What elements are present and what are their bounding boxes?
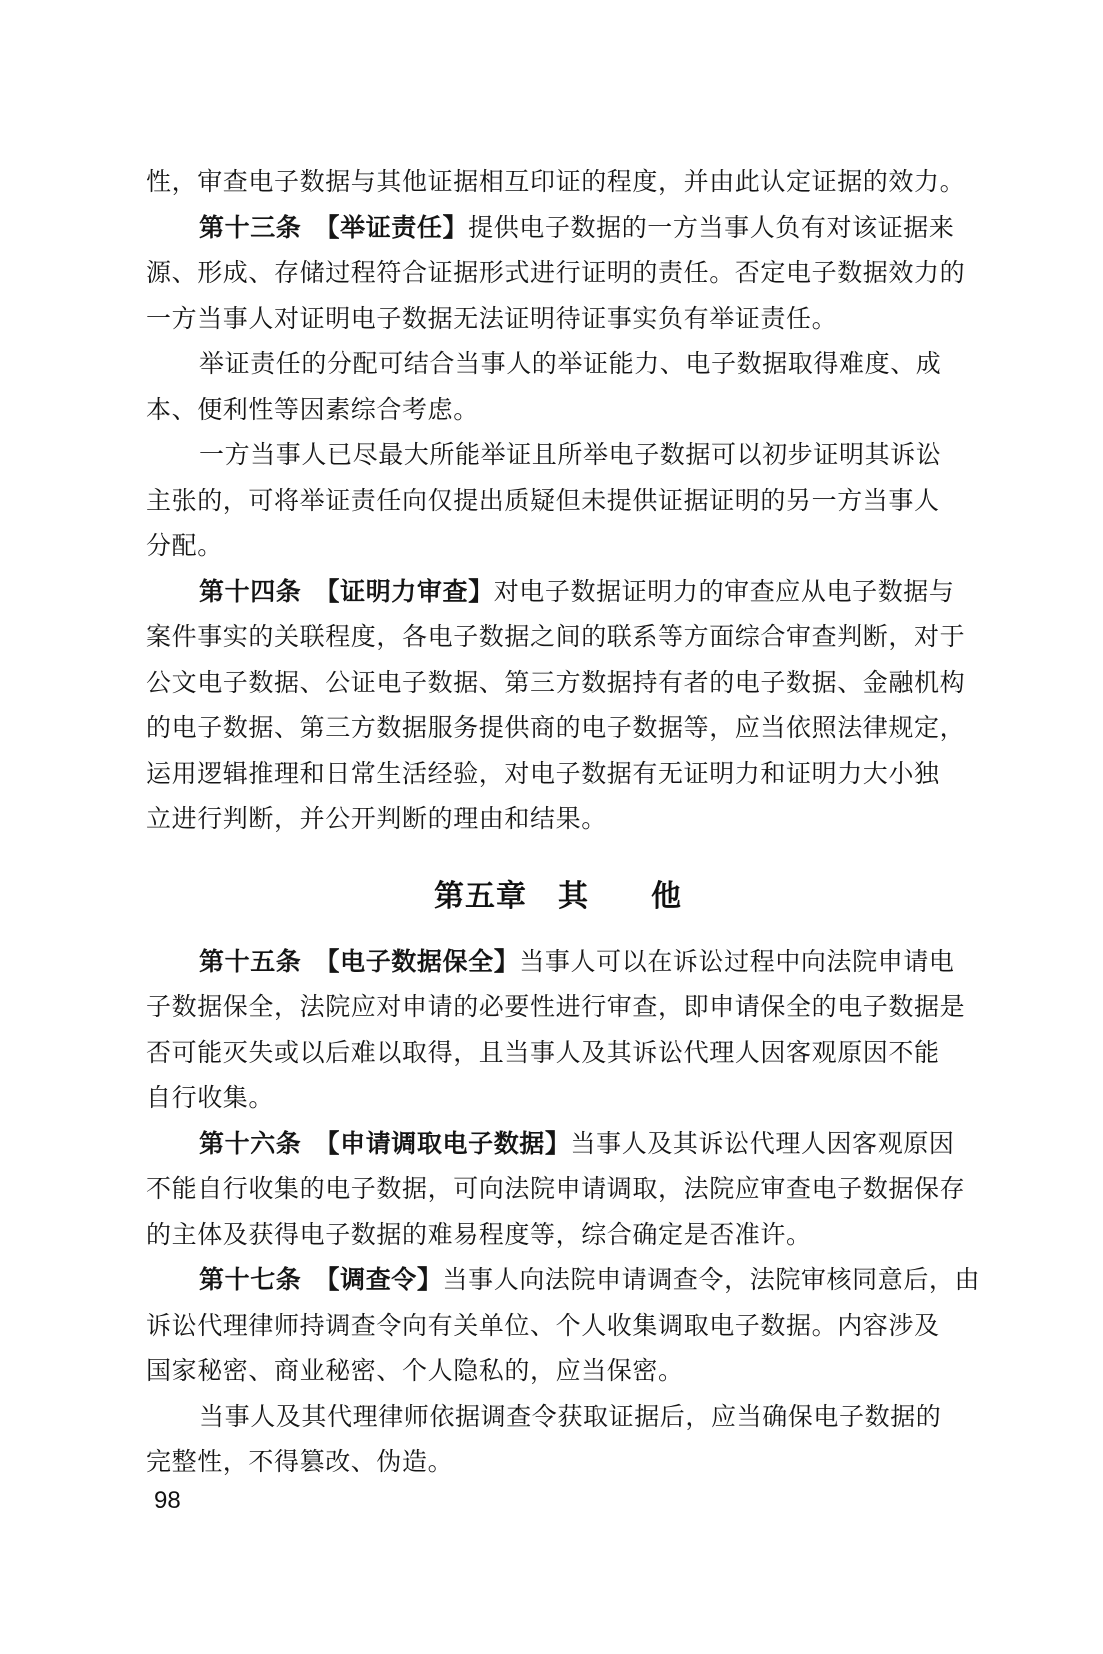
page-number: 98 [154,1487,181,1515]
text-line: 当事人及其代理律师依据调查令获取证据后，应当确保电子数据的 [146,1395,970,1441]
text-line: 案件事实的关联程度，各电子数据之间的联系等方面综合审查判断，对于 [146,615,970,661]
line-text: 性，审查电子数据与其他证据相互印证的程度，并由此认定证据的效力。 [146,169,965,196]
text-line: 第十四条 【证明力审查】对电子数据证明力的审查应从电子数据与 [146,570,970,616]
line-text: 公文电子数据、公证电子数据、第三方数据持有者的电子数据、金融机构 [146,670,965,697]
text-line: 的主体及获得电子数据的难易程度等，综合确定是否准许。 [146,1213,970,1259]
line-text: 一方当事人已尽最大所能举证且所举电子数据可以初步证明其诉讼 [199,442,941,469]
text-line: 自行收集。 [146,1076,970,1122]
line-text: 运用逻辑推理和日常生活经验，对电子数据有无证明力和证明力大小独 [146,761,940,788]
line-text: 一方当事人对证明电子数据无法证明待证事实负有举证责任。 [146,306,837,333]
text-line: 否可能灭失或以后难以取得，且当事人及其诉讼代理人因客观原因不能 [146,1031,970,1077]
text-line: 第十五条 【电子数据保全】当事人可以在诉讼过程中向法院申请电 [146,940,970,986]
line-text: 当事人及其代理律师依据调查令获取证据后，应当确保电子数据的 [199,1404,941,1431]
line-text: 不能自行收集的电子数据，可向法院申请调取，法院应审查电子数据保存 [146,1176,965,1203]
line-text: 分配。 [146,533,223,560]
text-line: 第十六条 【申请调取电子数据】当事人及其诉讼代理人因客观原因 [146,1122,970,1168]
line-text: 的电子数据、第三方数据服务提供商的电子数据等，应当依照法律规定， [146,715,965,742]
line-text: 提供电子数据的一方当事人负有对该证据来 [468,215,954,242]
line-text: 案件事实的关联程度，各电子数据之间的联系等方面综合审查判断，对于 [146,624,965,651]
document-body: 性，审查电子数据与其他证据相互印证的程度，并由此认定证据的效力。 第十三条 【举… [146,160,970,1486]
line-text: 立进行判断，并公开判断的理由和结果。 [146,806,607,833]
text-line: 举证责任的分配可结合当事人的举证能力、电子数据取得难度、成 [146,342,970,388]
line-text: 对电子数据证明力的审查应从电子数据与 [494,579,955,606]
text-line: 第十七条 【调查令】当事人向法院申请调查令，法院审核同意后，由 [146,1258,970,1304]
text-line: 本、便利性等因素综合考虑。 [146,388,970,434]
line-text: 举证责任的分配可结合当事人的举证能力、电子数据取得难度、成 [199,351,941,378]
line-text: 完整性，不得篡改、伪造。 [146,1449,453,1476]
line-text: 当事人向法院申请调查令，法院审核同意后，由 [443,1267,981,1294]
line-text: 国家秘密、商业秘密、个人隐私的，应当保密。 [146,1358,684,1385]
text-line: 子数据保全，法院应对申请的必要性进行审查，即申请保全的电子数据是 [146,985,970,1031]
text-line: 立进行判断，并公开判断的理由和结果。 [146,797,970,843]
line-text: 自行收集。 [146,1085,274,1112]
text-line: 完整性，不得篡改、伪造。 [146,1440,970,1486]
text-line: 不能自行收集的电子数据，可向法院申请调取，法院应审查电子数据保存 [146,1167,970,1213]
text-line: 分配。 [146,524,970,570]
line-text: 主张的，可将举证责任向仅提出质疑但未提供证据证明的另一方当事人 [146,488,940,515]
line-text: 本、便利性等因素综合考虑。 [146,397,479,424]
line-text: 诉讼代理律师持调查令向有关单位、个人收集调取电子数据。内容涉及 [146,1313,940,1340]
line-text: 的主体及获得电子数据的难易程度等，综合确定是否准许。 [146,1222,812,1249]
text-line: 的电子数据、第三方数据服务提供商的电子数据等，应当依照法律规定， [146,706,970,752]
text-line: 诉讼代理律师持调查令向有关单位、个人收集调取电子数据。内容涉及 [146,1304,970,1350]
article-label: 第十七条 【调查令】 [199,1267,443,1294]
article-label: 第十六条 【申请调取电子数据】 [199,1131,571,1158]
text-line: 公文电子数据、公证电子数据、第三方数据持有者的电子数据、金融机构 [146,661,970,707]
line-text: 否可能灭失或以后难以取得，且当事人及其诉讼代理人因客观原因不能 [146,1040,940,1067]
article-label: 第十三条 【举证责任】 [199,215,468,242]
line-text: 子数据保全，法院应对申请的必要性进行审查，即申请保全的电子数据是 [146,994,965,1021]
line-text: 源、形成、存储过程符合证据形式进行证明的责任。否定电子数据效力的 [146,260,965,287]
text-line: 国家秘密、商业秘密、个人隐私的，应当保密。 [146,1349,970,1395]
chapter-heading: 第五章 其 他 [146,877,970,917]
text-line: 主张的，可将举证责任向仅提出质疑但未提供证据证明的另一方当事人 [146,479,970,525]
article-label: 第十四条 【证明力审查】 [199,579,494,606]
document-page: 性，审查电子数据与其他证据相互印证的程度，并由此认定证据的效力。 第十三条 【举… [0,0,1103,1654]
text-line: 性，审查电子数据与其他证据相互印证的程度，并由此认定证据的效力。 [146,160,970,206]
text-line: 一方当事人对证明电子数据无法证明待证事实负有举证责任。 [146,297,970,343]
article-label: 第十五条 【电子数据保全】 [199,949,519,976]
text-line: 一方当事人已尽最大所能举证且所举电子数据可以初步证明其诉讼 [146,433,970,479]
line-text: 当事人及其诉讼代理人因客观原因 [571,1131,955,1158]
text-line: 运用逻辑推理和日常生活经验，对电子数据有无证明力和证明力大小独 [146,752,970,798]
text-line: 第十三条 【举证责任】提供电子数据的一方当事人负有对该证据来 [146,206,970,252]
text-line: 源、形成、存储过程符合证据形式进行证明的责任。否定电子数据效力的 [146,251,970,297]
line-text: 当事人可以在诉讼过程中向法院申请电 [519,949,954,976]
